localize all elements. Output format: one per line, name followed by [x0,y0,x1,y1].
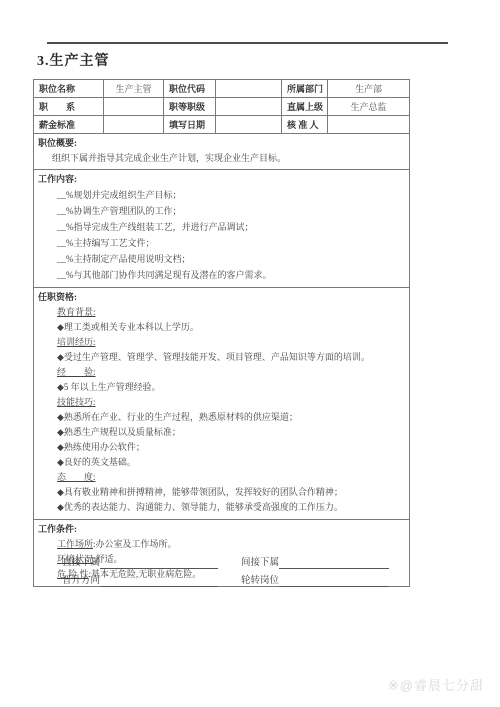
job-description-form: 职位名称 生产主管 职位代码 所属部门 生产部 职 系 职等职级 直属上级 生产… [33,79,410,587]
field-label-direct-subordinates: 直接下属 [62,558,100,569]
section-label: 工作内容: [38,172,403,187]
value-job-grade [216,98,282,115]
condition-term: 工作场所 [57,539,93,549]
blank-line [100,558,218,569]
qual-heading-experience: 经 验: [38,365,403,380]
duty-item: __%主持制定产品使用说明文档； [38,251,403,267]
qual-item: ◆熟练使用办公软件； [38,440,403,455]
label-department: 所属部门 [282,80,328,97]
value-fill-date [216,116,282,133]
field-label-indirect-subordinates: 间接下属 [241,558,279,569]
qual-heading-attitude: 态 度: [38,470,403,485]
value-direct-superior: 生产总监 [328,98,409,115]
qual-item: ◆熟悉所在产业、行业的生产过程，熟悉原材料的供应渠道； [38,410,403,425]
field-label-rotation-position: 轮转岗位 [241,576,279,587]
value-position-name: 生产主管 [104,80,164,97]
qual-item: ◆熟悉生产规程以及质量标准； [38,425,403,440]
duty-item: __%与其他部门协作共同满足现有及潜在的客户需求。 [38,267,403,283]
label-fill-date: 填写日期 [164,116,216,133]
condition-text: :办公室及工作场所。 [93,539,177,549]
qual-item: ◆理工类或相关专业本科以上学历。 [38,320,403,335]
duty-item: __%主持编写工艺文件； [38,235,403,251]
value-salary-standard [104,116,164,133]
watermark: ※@睿晨七分甜 [388,675,484,694]
value-position-code [216,80,282,97]
label-position-code: 职位代码 [164,80,216,97]
top-horizontal-rule [47,42,448,44]
section-label: 职位概要: [38,136,403,151]
footer-fill-in-fields: 直接下属间接下属 晋升方向轮转岗位 [62,551,389,587]
qual-item: ◆受过生产管理、管理学、管理技能开发、项目管理、产品知识等方面的培训。 [38,350,403,365]
field-row: 晋升方向轮转岗位 [62,569,389,587]
label-position-name: 职位名称 [34,80,104,97]
value-job-family [104,98,164,115]
section-qualifications: 任职资格: 教育背景: ◆理工类或相关专业本科以上学历。 培训经历: ◆受过生产… [34,288,409,520]
qual-item: ◆5 年以上生产管理经验。 [38,380,403,395]
qual-heading-education: 教育背景: [38,305,403,320]
condition-item: 工作场所:办公室及工作场所。 [38,537,403,552]
qual-item: ◆优秀的表达能力、沟通能力、领导能力，能够承受高强度的工作压力。 [38,500,403,515]
section-label: 工作条件: [38,522,403,537]
document-page: 3.生产主管 职位名称 生产主管 职位代码 所属部门 生产部 职 系 职等职级 … [0,0,500,707]
section-job-summary: 职位概要: 组织下属并指导其完成企业生产计划，实现企业生产目标。 [34,133,409,170]
section-label: 任职资格: [38,290,403,305]
qual-heading-training: 培训经历: [38,335,403,350]
duty-item: __%协调生产管理团队的工作； [38,203,403,219]
label-job-grade: 职等职级 [164,98,216,115]
field-row: 直接下属间接下属 [62,551,389,569]
duty-item: __%指导完成生产线组装工艺，并进行产品调试； [38,219,403,235]
page-title: 3.生产主管 [37,50,110,70]
info-row: 薪金标准 填写日期 核 准 人 [34,116,409,133]
label-direct-superior: 直属上级 [282,98,328,115]
label-salary-standard: 薪金标准 [34,116,104,133]
summary-text: 组织下属并指导其完成企业生产计划，实现企业生产目标。 [38,151,403,165]
info-row: 职位名称 生产主管 职位代码 所属部门 生产部 [34,80,409,98]
qual-heading-skills: 技能技巧: [38,395,403,410]
duty-item: __%规划并完成组织生产目标； [38,187,403,203]
field-label-promotion-direction: 晋升方向 [62,576,100,587]
label-job-family: 职 系 [34,98,104,115]
info-row: 职 系 职等职级 直属上级 生产总监 [34,98,409,116]
position-info-grid: 职位名称 生产主管 职位代码 所属部门 生产部 职 系 职等职级 直属上级 生产… [34,80,409,133]
value-approver [328,116,409,133]
qual-item: ◆具有敬业精神和拼搏精神，能够带领团队，发挥较好的团队合作精神； [38,485,403,500]
qual-item: ◆良好的英文基础。 [38,455,403,470]
blank-line [279,576,389,587]
label-approver: 核 准 人 [282,116,328,133]
blank-line [279,558,389,569]
blank-line [100,576,218,587]
section-duties: 工作内容: __%规划并完成组织生产目标； __%协调生产管理团队的工作； __… [34,170,409,288]
value-department: 生产部 [328,80,409,97]
